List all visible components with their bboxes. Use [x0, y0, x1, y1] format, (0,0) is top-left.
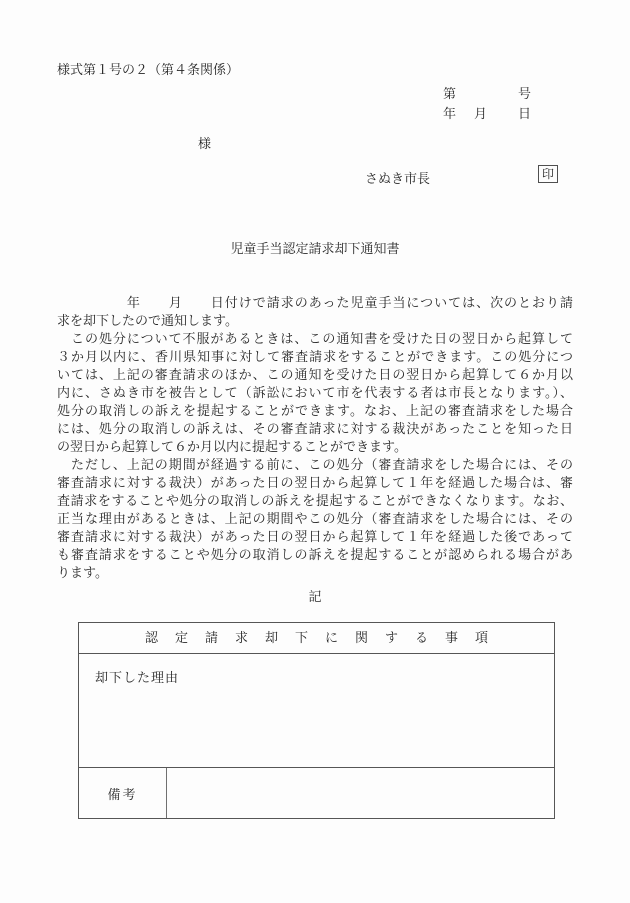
remarks-label: 備考 — [79, 768, 167, 818]
body-line: 正当な理由があるときは、上記の期間やこの処分（審査請求をした場合には、その — [57, 510, 573, 528]
body-line: には、処分の取消しの訴えは、その審査請求に対する裁決があったことを知った日 — [57, 420, 573, 438]
ki-label: 記 — [0, 589, 630, 605]
addressee-honorific: 様 — [198, 136, 211, 152]
body-line: の翌日から起算して６か月以内に提起することができます。 — [57, 438, 573, 456]
body-line: 年 月 日付けで請求のあった児童手当については、次のとおり請 — [57, 294, 573, 312]
body-line: この処分について不服があるときは、この通知書を受けた日の翌日から起算して — [57, 330, 573, 348]
date-year-label: 年 — [443, 106, 456, 122]
table-row-remarks: 備考 — [79, 768, 554, 818]
reason-label: 却下した理由 — [95, 670, 179, 685]
date-day-label: 日 — [518, 106, 531, 122]
body-line: ただし、上記の期間が経過する前に、この処分（審査請求をした場合には、その — [57, 456, 573, 474]
body-line: も審査請求をすることや処分の取消しの訴えを提起することが認められる場合があ — [57, 546, 573, 564]
body-line: 審査請求に対する裁決）があった日の翌日から起算して１年を経過した後であって — [57, 528, 573, 546]
table-row-reason: 却下した理由 — [79, 654, 554, 768]
body-line: ります。 — [57, 564, 573, 582]
body-line: 審査請求に対する裁決）があった日の翌日から起算して１年を経過した場合は、審 — [57, 474, 573, 492]
document-page: 様式第１号の２（第４条関係） 第 号 年 月 日 様 さぬき市長 印 児童手当認… — [0, 0, 630, 903]
form-number: 様式第１号の２（第４条関係） — [57, 62, 239, 78]
body-line: 処分の取消しの訴えを提起することができます。なお、上記の審査請求をした場合 — [57, 402, 573, 420]
notice-body: 年 月 日付けで請求のあった児童手当については、次のとおり請 求を却下したので通… — [57, 294, 573, 582]
document-title: 児童手当認定請求却下通知書 — [0, 241, 630, 257]
body-line: ３か月以内に、香川県知事に対して審査請求をすることができます。この処分につ — [57, 348, 573, 366]
issue-number-prefix: 第 — [443, 86, 456, 102]
sender-title: さぬき市長 — [365, 171, 430, 187]
issue-number-suffix: 号 — [518, 86, 531, 102]
remarks-value — [167, 768, 554, 818]
body-line: いては、上記の審査請求のほか、この通知を受けた日の翌日から起算して６か月以 — [57, 366, 573, 384]
table-header: 認定請求却下に関する事項 — [79, 623, 554, 654]
body-line: 求を却下したので通知します。 — [57, 312, 573, 330]
date-month-label: 月 — [474, 106, 487, 122]
body-line: 内に、さぬき市を被告として（訴訟において市を代表する者は市長となります。）、 — [57, 384, 573, 402]
seal-box: 印 — [538, 165, 558, 183]
rejection-details-table: 認定請求却下に関する事項 却下した理由 備考 — [78, 622, 555, 819]
body-line: 査請求をすることや処分の取消しの訴えを提起することができなくなります。なお、 — [57, 492, 573, 510]
